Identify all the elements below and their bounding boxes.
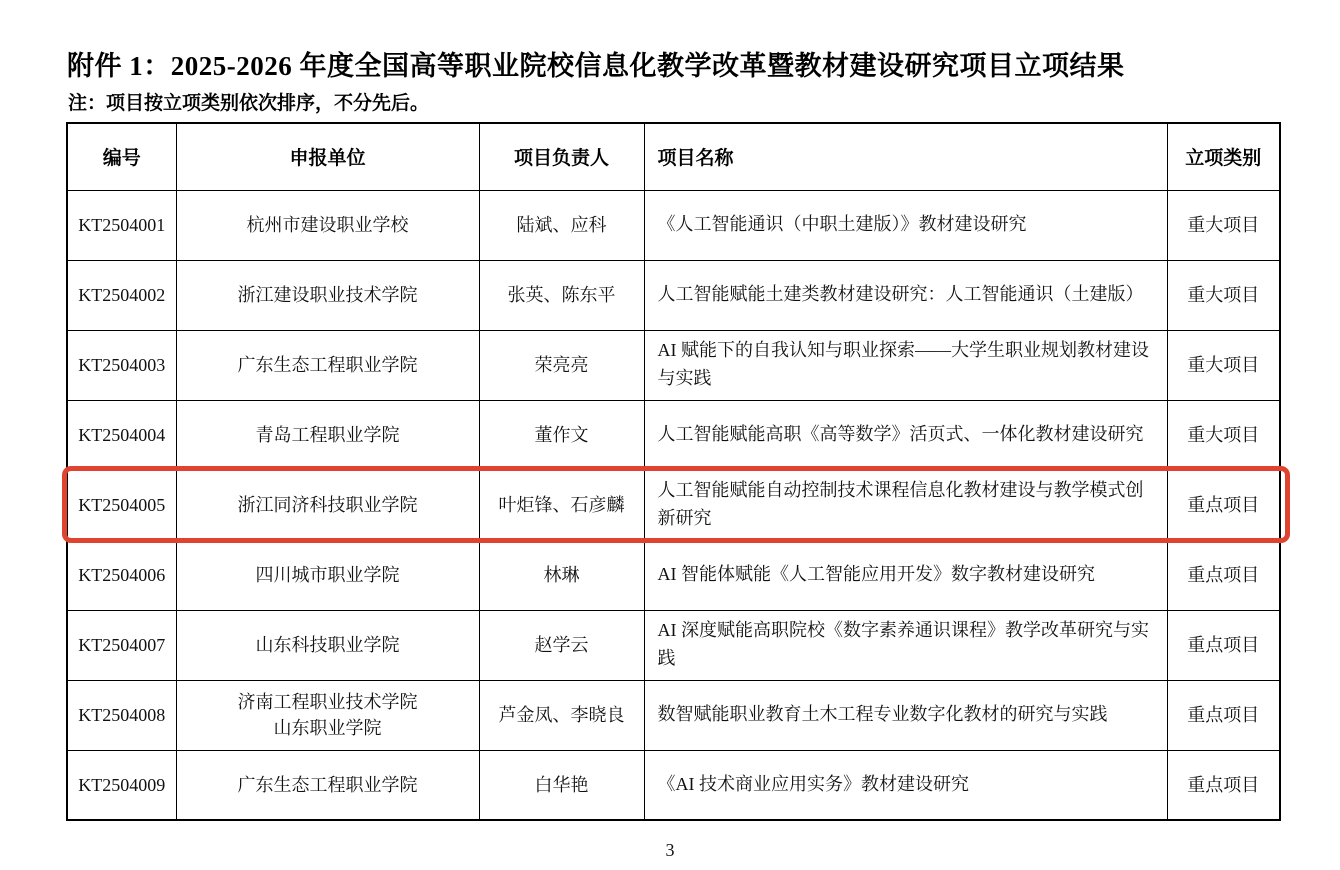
- cell-project-leader: 荣亮亮: [479, 330, 644, 400]
- cell-project-id: KT2504009: [67, 750, 176, 820]
- table-row: KT2504002 浙江建设职业技术学院 张英、陈东平 人工智能赋能土建类教材建…: [67, 260, 1280, 330]
- cell-project-category: 重点项目: [1167, 680, 1280, 750]
- cell-project-name: AI 智能体赋能《人工智能应用开发》数字教材建设研究: [644, 540, 1167, 610]
- cell-project-leader: 陆斌、应科: [479, 190, 644, 260]
- cell-project-id: KT2504004: [67, 400, 176, 470]
- cell-applicant-org: 山东科技职业学院: [176, 610, 479, 680]
- cell-project-category: 重大项目: [1167, 400, 1280, 470]
- cell-project-name: 数智赋能职业教育土木工程专业数字化教材的研究与实践: [644, 680, 1167, 750]
- cell-project-name: 人工智能赋能自动控制技术课程信息化教材建设与教学模式创新研究: [644, 470, 1167, 540]
- page-note: 注：项目按立项类别依次排序，不分先后。: [68, 88, 429, 115]
- cell-project-leader: 白华艳: [479, 750, 644, 820]
- cell-project-leader: 董作文: [479, 400, 644, 470]
- cell-applicant-org: 广东生态工程职业学院: [176, 330, 479, 400]
- page-number: 3: [0, 840, 1340, 861]
- cell-project-id: KT2504001: [67, 190, 176, 260]
- table-row: KT2504003 广东生态工程职业学院 荣亮亮 AI 赋能下的自我认知与职业探…: [67, 330, 1280, 400]
- document-page: 附件 1：2025-2026 年度全国高等职业院校信息化教学改革暨教材建设研究项…: [0, 0, 1340, 870]
- cell-project-category: 重大项目: [1167, 260, 1280, 330]
- cell-project-id: KT2504005: [67, 470, 176, 540]
- cell-applicant-org: 杭州市建设职业学校: [176, 190, 479, 260]
- cell-project-leader: 赵学云: [479, 610, 644, 680]
- cell-project-name: AI 深度赋能高职院校《数字素养通识课程》教学改革研究与实践: [644, 610, 1167, 680]
- cell-project-leader: 芦金凤、李晓良: [479, 680, 644, 750]
- cell-project-id: KT2504002: [67, 260, 176, 330]
- table-row: KT2504006 四川城市职业学院 林琳 AI 智能体赋能《人工智能应用开发》…: [67, 540, 1280, 610]
- cell-applicant-org: 四川城市职业学院: [176, 540, 479, 610]
- cell-project-id: KT2504008: [67, 680, 176, 750]
- cell-project-id: KT2504003: [67, 330, 176, 400]
- cell-project-leader: 林琳: [479, 540, 644, 610]
- cell-project-name: AI 赋能下的自我认知与职业探索——大学生职业规划教材建设与实践: [644, 330, 1167, 400]
- cell-project-category: 重点项目: [1167, 750, 1280, 820]
- table-header-row: 编号 申报单位 项目负责人 项目名称 立项类别: [67, 123, 1280, 190]
- table-row: KT2504004 青岛工程职业学院 董作文 人工智能赋能高职《高等数学》活页式…: [67, 400, 1280, 470]
- table-row: KT2504007 山东科技职业学院 赵学云 AI 深度赋能高职院校《数字素养通…: [67, 610, 1280, 680]
- table-row: KT2504001 杭州市建设职业学校 陆斌、应科 《人工智能通识（中职土建版）…: [67, 190, 1280, 260]
- col-header-category: 立项类别: [1167, 123, 1280, 190]
- cell-project-name: 《人工智能通识（中职土建版）》教材建设研究: [644, 190, 1167, 260]
- cell-project-id: KT2504006: [67, 540, 176, 610]
- cell-project-leader: 叶炬锋、石彦麟: [479, 470, 644, 540]
- col-header-project: 项目名称: [644, 123, 1167, 190]
- page-title: 附件 1：2025-2026 年度全国高等职业院校信息化教学改革暨教材建设研究项…: [67, 44, 1125, 83]
- cell-project-id: KT2504007: [67, 610, 176, 680]
- cell-project-category: 重点项目: [1167, 540, 1280, 610]
- cell-project-category: 重大项目: [1167, 330, 1280, 400]
- table-row-highlighted: KT2504005 浙江同济科技职业学院 叶炬锋、石彦麟 人工智能赋能自动控制技…: [67, 470, 1280, 540]
- col-header-leader: 项目负责人: [479, 123, 644, 190]
- cell-project-category: 重点项目: [1167, 470, 1280, 540]
- cell-project-leader: 张英、陈东平: [479, 260, 644, 330]
- cell-applicant-org: 浙江建设职业技术学院: [176, 260, 479, 330]
- project-results-table: 编号 申报单位 项目负责人 项目名称 立项类别 KT2504001 杭州市建设职…: [66, 122, 1281, 821]
- cell-applicant-org: 浙江同济科技职业学院: [176, 470, 479, 540]
- cell-project-name: 人工智能赋能土建类教材建设研究：人工智能通识（土建版）: [644, 260, 1167, 330]
- table-row: KT2504008 济南工程职业技术学院 山东职业学院 芦金凤、李晓良 数智赋能…: [67, 680, 1280, 750]
- cell-project-name: 《AI 技术商业应用实务》教材建设研究: [644, 750, 1167, 820]
- cell-applicant-org: 济南工程职业技术学院 山东职业学院: [176, 680, 479, 750]
- cell-applicant-org: 青岛工程职业学院: [176, 400, 479, 470]
- col-header-id: 编号: [67, 123, 176, 190]
- cell-project-category: 重大项目: [1167, 190, 1280, 260]
- cell-project-name: 人工智能赋能高职《高等数学》活页式、一体化教材建设研究: [644, 400, 1167, 470]
- col-header-org: 申报单位: [176, 123, 479, 190]
- table-row: KT2504009 广东生态工程职业学院 白华艳 《AI 技术商业应用实务》教材…: [67, 750, 1280, 820]
- cell-applicant-org: 广东生态工程职业学院: [176, 750, 479, 820]
- cell-project-category: 重点项目: [1167, 610, 1280, 680]
